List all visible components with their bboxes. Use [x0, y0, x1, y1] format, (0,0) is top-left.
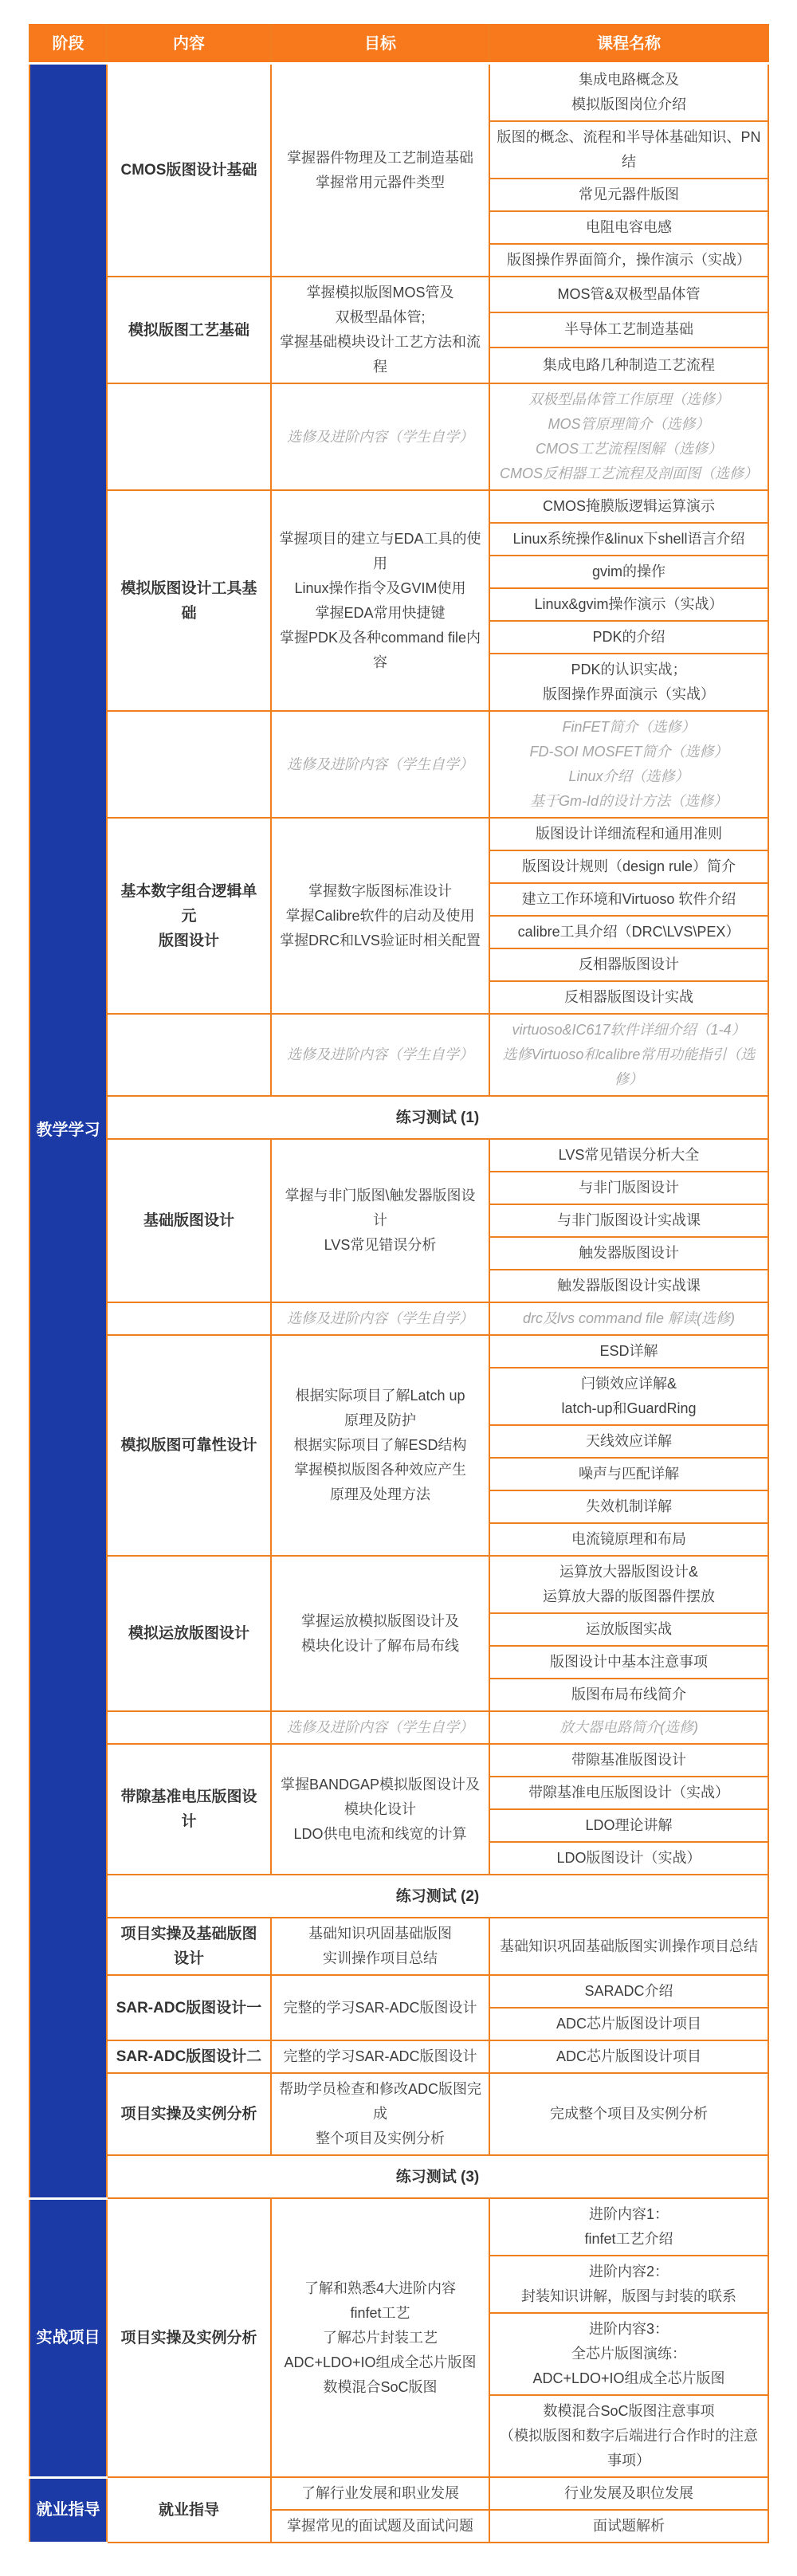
goal-cell: 掌握与非门版图\触发器版图设计 LVS常见错误分析	[271, 1139, 489, 1302]
content-cell: 基本数字组合逻辑单元 版图设计	[107, 818, 271, 1014]
course-cell: 完成整个项目及实例分析	[489, 2073, 768, 2155]
goal-cell: 根据实际项目了解Latch up 原理及防护 根据实际项目了解ESD结构 掌握模…	[271, 1335, 489, 1556]
content-cell: 项目实操及基础版图设计	[107, 1918, 271, 1975]
content-cell-empty	[107, 1711, 271, 1744]
course-cell: Linux&gvim操作演示（实战）	[489, 588, 768, 621]
content-cell: 基础版图设计	[107, 1139, 271, 1302]
course-cell-optional: 双极型晶体管工作原理（选修） MOS管原理简介（选修） CMOS工艺流程图解（选…	[489, 383, 768, 490]
course-cell: 电流镜原理和布局	[489, 1523, 768, 1556]
table-row: 选修及进阶内容（学生自学） virtuoso&IC617软件详细介绍（1-4） …	[29, 1014, 768, 1096]
course-cell: gvim的操作	[489, 556, 768, 588]
curriculum-table: 阶段 内容 目标 课程名称 教学学习 CMOS版图设计基础 掌握器件物理及工艺制…	[29, 24, 769, 2544]
course-cell: 带隙基准版图设计	[489, 1744, 768, 1777]
course-cell: 数模混合SoC版图注意事项 （模拟版图和数字后端进行合作时的注意事项）	[489, 2395, 768, 2477]
table-row: 教学学习 CMOS版图设计基础 掌握器件物理及工艺制造基础 掌握常用元器件类型 …	[29, 64, 768, 122]
test-row-cell: 练习测试 (2)	[107, 1875, 768, 1918]
goal-cell-optional: 选修及进阶内容（学生自学）	[271, 1014, 489, 1096]
test-row-cell: 练习测试 (3)	[107, 2155, 768, 2198]
course-cell: PDK的认识实战； 版图操作界面演示（实战）	[489, 654, 768, 711]
table-row: 选修及进阶内容（学生自学） FinFET简介（选修） FD-SOI MOSFET…	[29, 711, 768, 818]
goal-cell-optional: 选修及进阶内容（学生自学）	[271, 1302, 489, 1335]
course-cell: 版图的概念、流程和半导体基础知识、PN结	[489, 121, 768, 179]
course-cell: 天线效应详解	[489, 1425, 768, 1458]
goal-cell: 了解和熟悉4大进阶内容 finfet工艺 了解芯片封装工艺 ADC+LDO+IO…	[271, 2198, 489, 2477]
course-cell: 建立工作环境和Virtuoso 软件介绍	[489, 883, 768, 916]
content-cell: 项目实操及实例分析	[107, 2073, 271, 2155]
course-cell: 版图操作界面简介，操作演示（实战）	[489, 244, 768, 277]
goal-cell: 掌握器件物理及工艺制造基础 掌握常用元器件类型	[271, 64, 489, 277]
course-cell: 噪声与匹配详解	[489, 1458, 768, 1490]
course-cell: LDO版图设计（实战）	[489, 1842, 768, 1875]
header-cell-course: 课程名称	[489, 25, 768, 64]
curriculum-wrapper: 阶段 内容 目标 课程名称 教学学习 CMOS版图设计基础 掌握器件物理及工艺制…	[29, 24, 768, 2544]
course-cell: 电阻电容电感	[489, 211, 768, 244]
content-cell: 模拟运放版图设计	[107, 1556, 271, 1711]
course-cell: 与非门版图设计	[489, 1172, 768, 1204]
table-row: 选修及进阶内容（学生自学） 放大器电路简介(选修)	[29, 1711, 768, 1744]
course-cell: LDO理论讲解	[489, 1809, 768, 1842]
content-cell-empty	[107, 1302, 271, 1335]
course-cell: 进阶内容3： 全芯片版图演练： ADC+LDO+IO组成全芯片版图	[489, 2313, 768, 2395]
content-cell: 带隙基准电压版图设计	[107, 1744, 271, 1875]
course-cell: 半导体工艺制造基础	[489, 312, 768, 348]
course-cell: 运放版图实战	[489, 1613, 768, 1646]
goal-cell: 掌握项目的建立与EDA工具的使用 Linux操作指令及GVIM使用 掌握EDA常…	[271, 490, 489, 711]
content-cell: 模拟版图可靠性设计	[107, 1335, 271, 1556]
goal-cell-optional: 选修及进阶内容（学生自学）	[271, 711, 489, 818]
goal-cell: 基础知识巩固基础版图 实训操作项目总结	[271, 1918, 489, 1975]
course-cell: 触发器版图设计实战课	[489, 1270, 768, 1302]
content-cell-empty	[107, 1014, 271, 1096]
test-row-cell: 练习测试 (1)	[107, 1096, 768, 1139]
content-cell: CMOS版图设计基础	[107, 64, 271, 277]
content-cell-empty	[107, 383, 271, 490]
course-cell-optional: FinFET简介（选修） FD-SOI MOSFET简介（选修） Linux介绍…	[489, 711, 768, 818]
course-cell: 反相器版图设计实战	[489, 981, 768, 1014]
course-cell: 面试题解析	[489, 2510, 768, 2543]
course-cell: 行业发展及职位发展	[489, 2477, 768, 2510]
table-row: SAR-ADC版图设计一 完整的学习SAR-ADC版图设计 SARADC介绍	[29, 1975, 768, 2008]
header-cell-goal: 目标	[271, 25, 489, 64]
course-cell-optional: 放大器电路简介(选修)	[489, 1711, 768, 1744]
stage-cell-teaching: 教学学习	[29, 64, 107, 2199]
course-cell: 触发器版图设计	[489, 1237, 768, 1270]
course-cell: PDK的介绍	[489, 621, 768, 654]
table-row: 模拟运放版图设计 掌握运放模拟版图设计及 模块化设计了解布局布线 运算放大器版图…	[29, 1556, 768, 1613]
course-cell: 集成电路概念及 模拟版图岗位介绍	[489, 64, 768, 122]
table-row: 模拟版图设计工具基础 掌握项目的建立与EDA工具的使用 Linux操作指令及GV…	[29, 490, 768, 523]
stage-cell-practice: 实战项目	[29, 2198, 107, 2477]
course-cell: 版图设计规则（design rule）简介	[489, 850, 768, 883]
course-cell: 与非门版图设计实战课	[489, 1204, 768, 1237]
stage-cell-career: 就业指导	[29, 2477, 107, 2543]
header-row: 阶段 内容 目标 课程名称	[29, 25, 768, 64]
content-cell: SAR-ADC版图设计二	[107, 2040, 271, 2073]
goal-cell: 掌握模拟版图MOS管及 双极型晶体管; 掌握基础模块设计工艺方法和流程	[271, 277, 489, 383]
table-row: SAR-ADC版图设计二 完整的学习SAR-ADC版图设计 ADC芯片版图设计项…	[29, 2040, 768, 2073]
course-cell: 闩锁效应详解& latch-up和GuardRing	[489, 1368, 768, 1425]
course-cell: 反相器版图设计	[489, 948, 768, 981]
course-cell: 进阶内容2： 封装知识讲解，版图与封装的联系	[489, 2256, 768, 2313]
course-cell: CMOS掩膜版逻辑运算演示	[489, 490, 768, 523]
course-cell: 带隙基准电压版图设计（实战）	[489, 1777, 768, 1809]
course-cell: calibre工具介绍（DRC\LVS\PEX）	[489, 916, 768, 948]
content-cell: 就业指导	[107, 2477, 271, 2543]
course-cell: ADC芯片版图设计项目	[489, 2008, 768, 2040]
course-cell: Linux系统操作&linux下shell语言介绍	[489, 523, 768, 556]
goal-cell: 完整的学习SAR-ADC版图设计	[271, 1975, 489, 2040]
content-cell: 项目实操及实例分析	[107, 2198, 271, 2477]
table-row: 项目实操及实例分析 帮助学员检查和修改ADC版图完成 整个项目及实例分析 完成整…	[29, 2073, 768, 2155]
table-row: 练习测试 (1)	[29, 1096, 768, 1139]
table-row: 就业指导 就业指导 了解行业发展和职业发展 行业发展及职位发展	[29, 2477, 768, 2510]
course-cell: 常见元器件版图	[489, 179, 768, 211]
course-cell: SARADC介绍	[489, 1975, 768, 2008]
goal-cell: 掌握数字版图标准设计 掌握Calibre软件的启动及使用 掌握DRC和LVS验证…	[271, 818, 489, 1014]
table-row: 练习测试 (2)	[29, 1875, 768, 1918]
header-cell-content: 内容	[107, 25, 271, 64]
table-row: 模拟版图可靠性设计 根据实际项目了解Latch up 原理及防护 根据实际项目了…	[29, 1335, 768, 1368]
course-cell: ADC芯片版图设计项目	[489, 2040, 768, 2073]
course-cell: 版图设计中基本注意事项	[489, 1646, 768, 1679]
goal-cell: 掌握BANDGAP模拟版图设计及 模块化设计 LDO供电电流和线宽的计算	[271, 1744, 489, 1875]
content-cell: 模拟版图设计工具基础	[107, 490, 271, 711]
course-cell: 版图布局布线简介	[489, 1679, 768, 1711]
course-cell: 版图设计详细流程和通用准则	[489, 818, 768, 850]
course-cell: 运算放大器版图设计& 运算放大器的版图器件摆放	[489, 1556, 768, 1613]
goal-cell: 掌握运放模拟版图设计及 模块化设计了解布局布线	[271, 1556, 489, 1711]
course-cell: LVS常见错误分析大全	[489, 1139, 768, 1172]
table-row: 基本数字组合逻辑单元 版图设计 掌握数字版图标准设计 掌握Calibre软件的启…	[29, 818, 768, 850]
course-cell-optional: drc及lvs command file 解读(选修)	[489, 1302, 768, 1335]
course-cell: 失效机制详解	[489, 1490, 768, 1523]
course-cell: ESD详解	[489, 1335, 768, 1368]
goal-cell: 帮助学员检查和修改ADC版图完成 整个项目及实例分析	[271, 2073, 489, 2155]
goal-cell-optional: 选修及进阶内容（学生自学）	[271, 383, 489, 490]
table-row: 实战项目 项目实操及实例分析 了解和熟悉4大进阶内容 finfet工艺 了解芯片…	[29, 2198, 768, 2256]
table-row: 选修及进阶内容（学生自学） 双极型晶体管工作原理（选修） MOS管原理简介（选修…	[29, 383, 768, 490]
table-row: 项目实操及基础版图设计 基础知识巩固基础版图 实训操作项目总结 基础知识巩固基础…	[29, 1918, 768, 1975]
course-cell: 集成电路几种制造工艺流程	[489, 348, 768, 383]
course-cell: 基础知识巩固基础版图实训操作项目总结	[489, 1918, 768, 1975]
table-row: 选修及进阶内容（学生自学） drc及lvs command file 解读(选修…	[29, 1302, 768, 1335]
table-row: 带隙基准电压版图设计 掌握BANDGAP模拟版图设计及 模块化设计 LDO供电电…	[29, 1744, 768, 1777]
content-cell-empty	[107, 711, 271, 818]
goal-cell: 掌握常见的面试题及面试问题	[271, 2510, 489, 2543]
content-cell: 模拟版图工艺基础	[107, 277, 271, 383]
course-cell-optional: virtuoso&IC617软件详细介绍（1-4） 选修Virtuoso和cal…	[489, 1014, 768, 1096]
content-cell: SAR-ADC版图设计一	[107, 1975, 271, 2040]
course-cell: MOS管&双极型晶体管	[489, 277, 768, 312]
table-row: 模拟版图工艺基础 掌握模拟版图MOS管及 双极型晶体管; 掌握基础模块设计工艺方…	[29, 277, 768, 312]
goal-cell: 了解行业发展和职业发展	[271, 2477, 489, 2510]
table-row: 练习测试 (3)	[29, 2155, 768, 2198]
course-cell: 进阶内容1： finfet工艺介绍	[489, 2198, 768, 2256]
header-cell-stage: 阶段	[29, 25, 107, 64]
goal-cell: 完整的学习SAR-ADC版图设计	[271, 2040, 489, 2073]
table-row: 基础版图设计 掌握与非门版图\触发器版图设计 LVS常见错误分析 LVS常见错误…	[29, 1139, 768, 1172]
goal-cell-optional: 选修及进阶内容（学生自学）	[271, 1711, 489, 1744]
